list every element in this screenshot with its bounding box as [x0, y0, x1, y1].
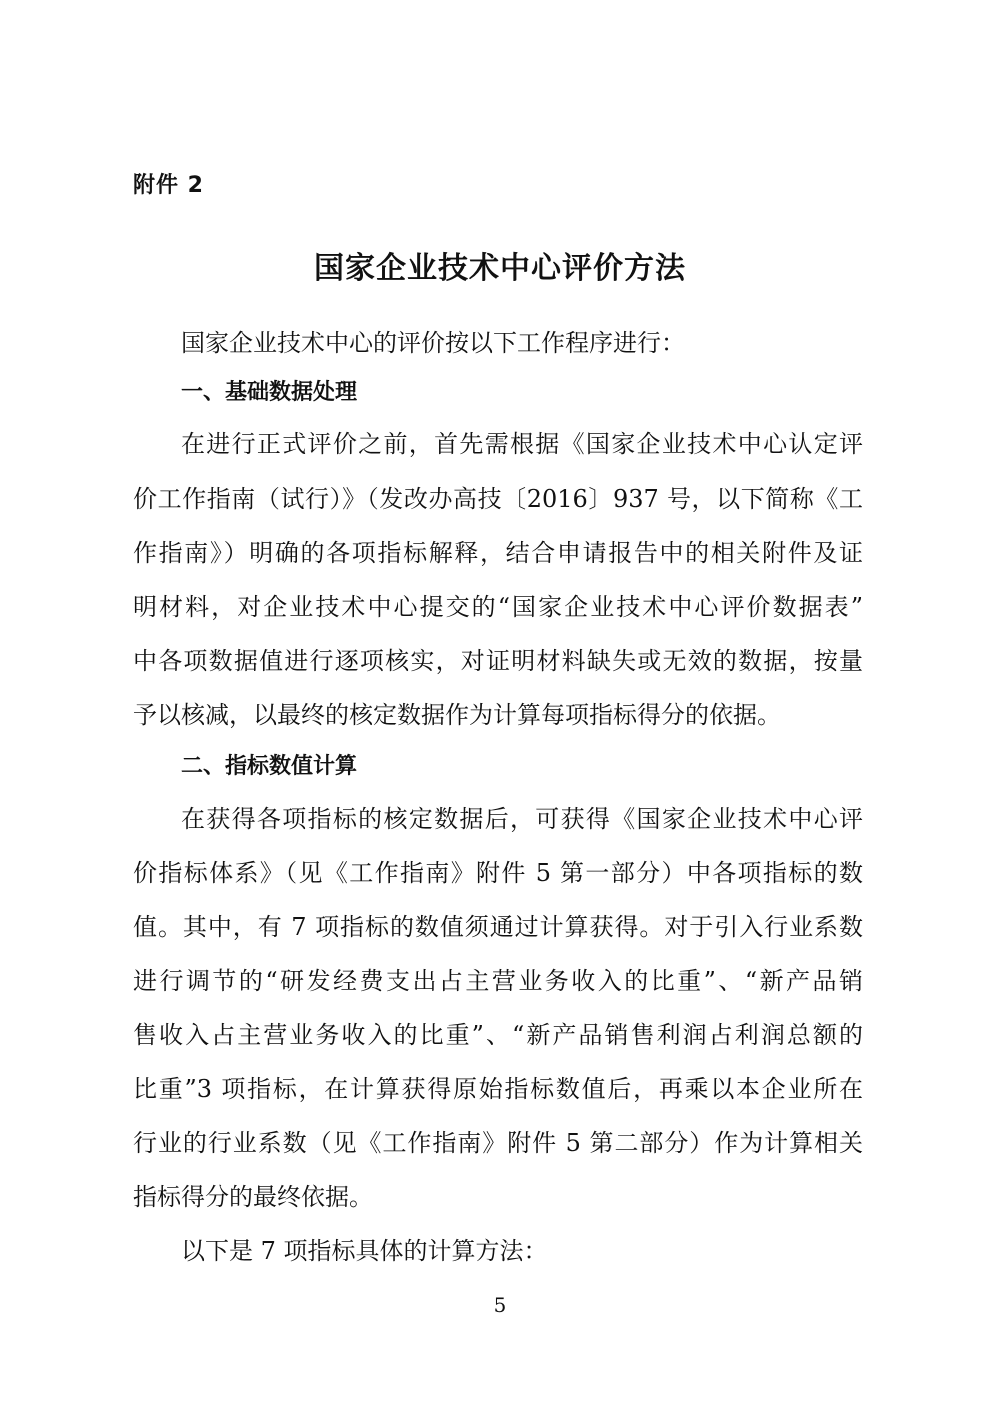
intro-paragraph: 国家企业技术中心的评价按以下工作程序进行： — [181, 328, 863, 358]
paragraph-line: 行业的行业系数（见《工作指南》附件 5 第二部分）作为计算相关 — [133, 1128, 863, 1158]
paragraph-line: 值。其中，有 7 项指标的数值须通过计算获得。对于引入行业系数 — [133, 912, 863, 942]
page-number: 5 — [0, 1293, 1000, 1317]
paragraph-line: 在获得各项指标的核定数据后，可获得《国家企业技术中心评 — [181, 804, 863, 834]
document-title: 国家企业技术中心评价方法 — [0, 243, 1000, 287]
section-heading-2: 二、指标数值计算 — [181, 752, 357, 782]
paragraph-line: 在进行正式评价之前，首先需根据《国家企业技术中心认定评 — [181, 429, 863, 459]
paragraph-line: 进行调节的“研发经费支出占主营业务收入的比重”、“新产品销 — [133, 966, 863, 996]
paragraph-line: 中各项数据值进行逐项核实，对证明材料缺失或无效的数据，按量 — [133, 646, 863, 676]
paragraph-line: 予以核减，以最终的核定数据作为计算每项指标得分的依据。 — [133, 700, 863, 730]
methods-intro: 以下是 7 项指标具体的计算方法： — [181, 1236, 863, 1266]
section-heading-1: 一、基础数据处理 — [181, 378, 357, 408]
paragraph-line: 比重”3 项指标，在计算获得原始指标数值后，再乘以本企业所在 — [133, 1074, 863, 1104]
document-page: 附件 2 国家企业技术中心评价方法 国家企业技术中心的评价按以下工作程序进行： … — [0, 0, 1000, 1414]
paragraph-line: 价工作指南（试行）》（发改办高技〔2016〕937 号，以下简称《工 — [133, 484, 863, 514]
paragraph-line: 作指南》）明确的各项指标解释，结合申请报告中的相关附件及证 — [133, 538, 863, 568]
paragraph-line: 价指标体系》（见《工作指南》附件 5 第一部分）中各项指标的数 — [133, 858, 863, 888]
attachment-label: 附件 2 — [133, 168, 204, 199]
paragraph-line: 售收入占主营业务收入的比重”、“新产品销售利润占利润总额的 — [133, 1020, 863, 1050]
paragraph-line: 明材料，对企业技术中心提交的“国家企业技术中心评价数据表” — [133, 592, 863, 622]
paragraph-line: 指标得分的最终依据。 — [133, 1182, 863, 1212]
